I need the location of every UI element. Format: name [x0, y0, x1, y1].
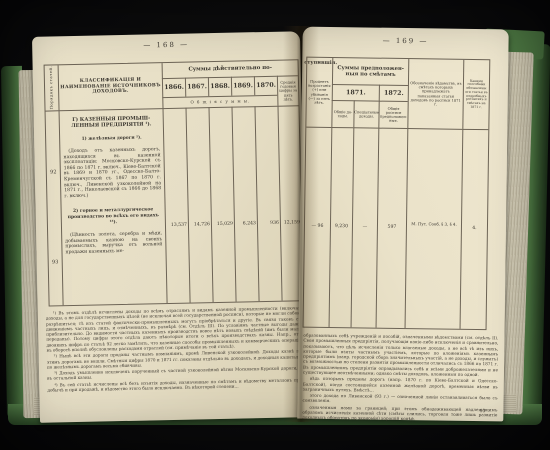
value-92-1870: 936 [270, 221, 279, 227]
footnotes-left-page: ¹) Въ этомъ отдѣлѣ исчислены доходы по в… [46, 305, 303, 394]
column-header-general-revenues-1871: Общіе до­ходы. [331, 100, 353, 127]
page-right: — 169 — ступившія. Процентъ возрастанія … [297, 27, 508, 422]
footnotes-right-page: образованныхъ себѣ учрежденій и пособій,… [302, 333, 498, 424]
value-92-remark: 4. [462, 226, 487, 232]
table-right: Процентъ возрастанія (+) или убыванія (—… [303, 57, 491, 331]
column-header-ministry: Обозначеніе вѣдомствъ, въ смѣтахъ которы… [407, 59, 463, 129]
value-92-average: 12,159 [284, 220, 300, 226]
value-92-1869: 6,243 [243, 221, 256, 227]
subsection-heading-railways: 1) желѣзныя дороги ²). [63, 135, 160, 143]
value-92-ministry: М. Пут. Сооб. § 3, § 4. [409, 221, 459, 227]
page-number-left: — 168 — [32, 38, 300, 52]
signature-mark: 13 [480, 409, 486, 414]
data-column-general-1871: 9,230 [329, 127, 354, 327]
value-92-1866: 13,537 [171, 223, 187, 229]
column-header-remarks: Какими способами обозначены эти статьи в… [462, 60, 489, 129]
row-92-description: (Доходъ отъ казенныхъ дорогъ, находящихс… [63, 147, 161, 199]
column-header-five-year-average: Среднія годовыя цифры за пять лѣтъ. [277, 75, 299, 105]
page-left: — 168 — Порядокъ статей. КЛАССИФИКАЦІЯ И… [32, 31, 308, 423]
column-header-special-revenues-1871: Спеціальные доходы. [353, 100, 378, 127]
data-column-ministry: М. Пут. Сооб. § 3, § 4. [405, 128, 463, 329]
column-header-1868: 1868. [208, 77, 231, 96]
footnote: вѣдь которыхъ проданы дорогъ (напр. 1870… [303, 376, 498, 395]
page-number-right: — 169 — [303, 36, 509, 47]
column-header-classification: КЛАССИФИКАЦІЯ И НАИМЕНОВАНІЕ ИСТОЧНИКОВЪ… [58, 63, 163, 110]
article-number-92: 92 [47, 169, 60, 175]
footnote: ¹) Въ этомъ отдѣлѣ исчислены доходы по в… [46, 305, 302, 353]
value-92-special-1871: — [353, 224, 377, 230]
column-header-proposed-sums: Суммы предположен­ныя по смѣтамъ [332, 58, 408, 85]
subsection-heading-mining: 2) горное и металлургическое производств… [65, 208, 162, 227]
column-header-percent-change: Процентъ возрастанія (+) или убыванія (—… [306, 58, 332, 127]
data-column-remarks: 4. [460, 129, 489, 329]
column-header-1867: 1867. [185, 77, 208, 96]
footnote: означенныя нами за границей; при этомъ о… [302, 404, 497, 423]
book-photo: — 168 — Порядокъ статей. КЛАССИФИКАЦІЯ И… [0, 0, 550, 450]
row-93-description: (Цѣнность золота, серебра и мѣди, добыва… [65, 231, 162, 255]
column-header-1869: 1869. [231, 76, 254, 95]
section-heading-state-enterprises: Г) КАЗЕННЫЯ ПРОМЫШ­ЛЕННЫЯ ПРЕДПРІЯТІЯ ¹)… [63, 115, 160, 130]
value-92-1868: 15,029 [217, 222, 233, 228]
footnote: образованныхъ себѣ учрежденій и пособій,… [303, 333, 499, 378]
column-header-1871: 1871. [332, 84, 379, 101]
data-column-percent: — 96 [304, 127, 332, 327]
value-92-1867: 14,726 [194, 222, 210, 228]
column-header-article-number: Порядокъ статей. [45, 65, 59, 110]
classification-column: Г) КАЗЕННЫЯ ПРОМЫШ­ЛЕННЫЯ ПРЕДПРІЯТІЯ ¹)… [59, 108, 167, 305]
table-left: Порядокъ статей. КЛАССИФИКАЦІЯ И НАИМЕНО… [44, 59, 304, 306]
value-92-general-1871: 9,230 [331, 224, 352, 230]
data-column-special-1871: — [351, 127, 379, 327]
value-92-percent: — 96 [305, 224, 330, 230]
column-header-estimate-1872: Общія росписи предположен­ныя. [378, 101, 407, 128]
data-column-1872: 597 [376, 128, 408, 328]
column-header-1870: 1870. [254, 76, 277, 95]
column-header-1866: 1866. [162, 78, 185, 97]
value-92-1872: 597 [378, 225, 406, 231]
article-number-93: 93 [49, 259, 62, 265]
column-header-1872: 1872. [379, 85, 408, 101]
